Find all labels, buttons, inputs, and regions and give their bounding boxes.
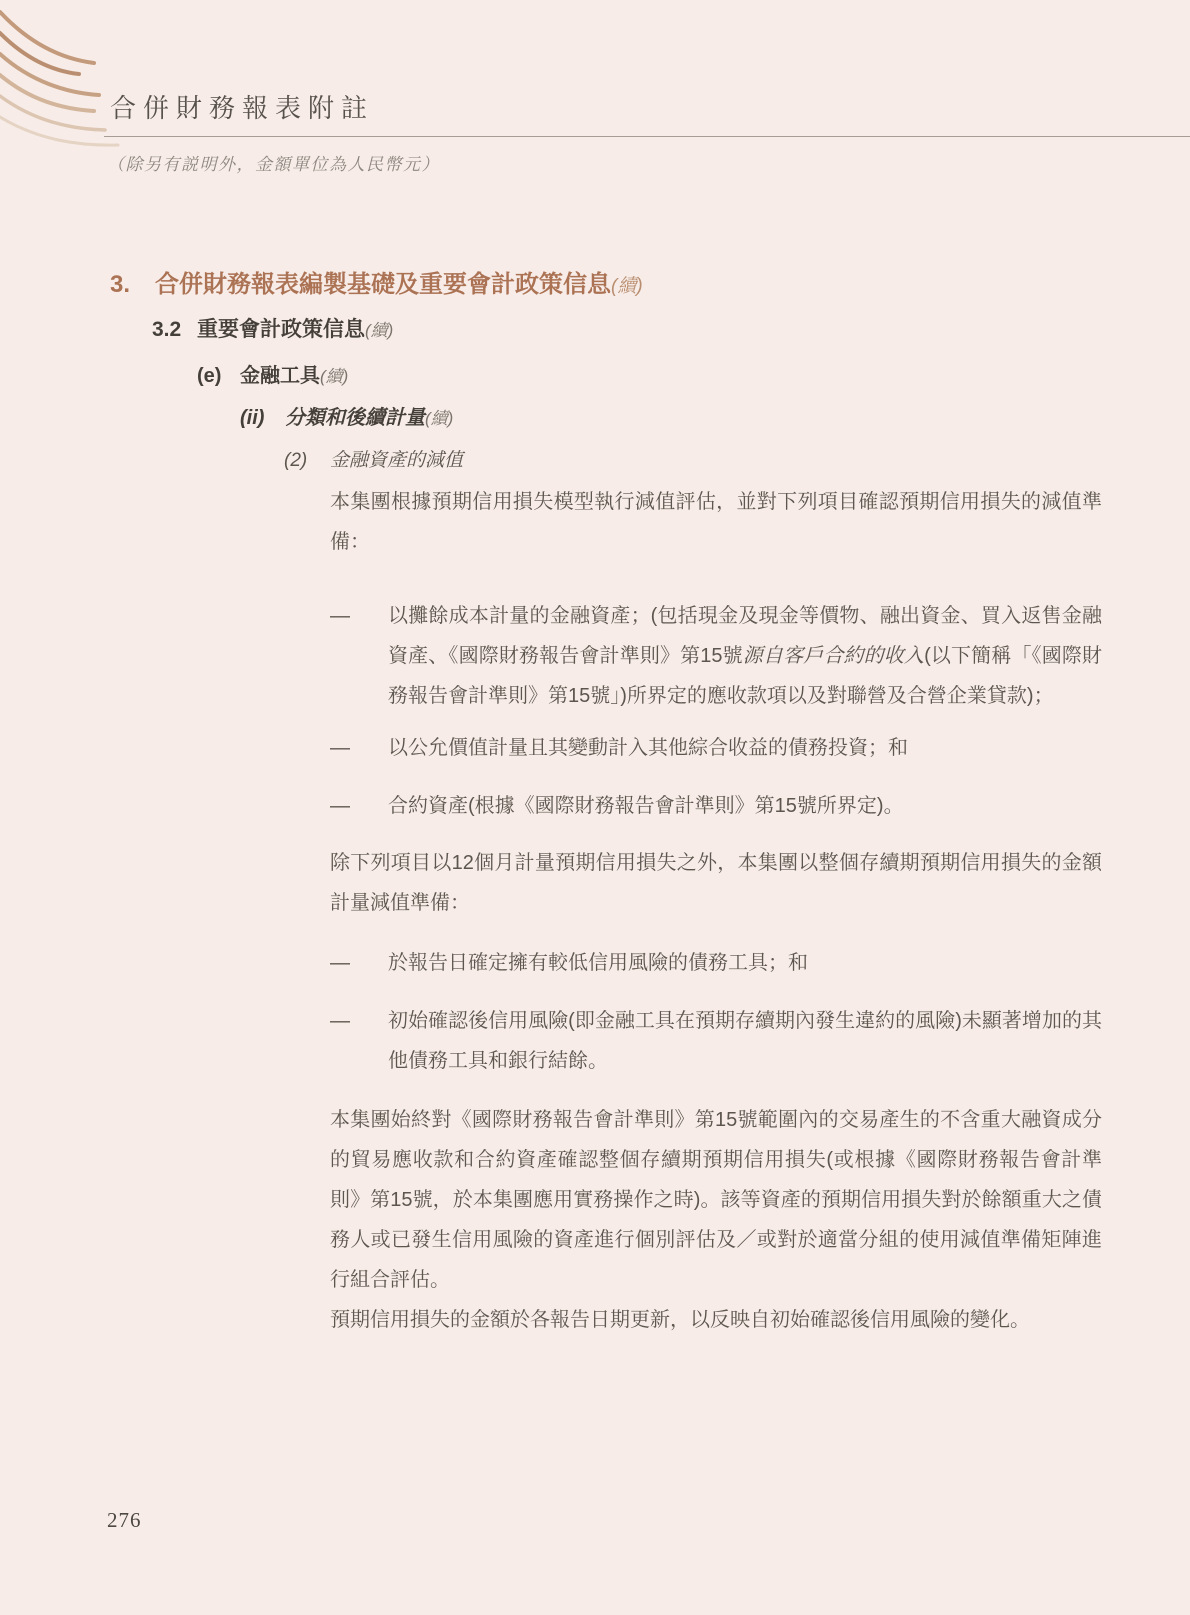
currency-note: （除另有説明外，金額單位為人民幣元） bbox=[107, 150, 440, 175]
section-heading-3: 3. 合併財務報表編製基礎及重要會計政策信息 (續) bbox=[110, 264, 643, 299]
paragraph: 本集團始終對《國際財務報告會計準則》第15號範圍內的交易產生的不含重大融資成分的… bbox=[330, 1100, 1102, 1300]
item-heading-2: (2) 金融資產的減值 bbox=[284, 445, 463, 472]
list-item-text: 以公允價值計量且其變動計入其他綜合收益的債務投資；和 bbox=[388, 728, 1102, 768]
list-item-text: 初始確認後信用風險(即金融工具在預期存續期內發生違約的風險)未顯著增加的其他債務… bbox=[388, 1001, 1102, 1081]
bullet-dash: — bbox=[330, 596, 388, 716]
list-item: — 以公允價值計量且其變動計入其他綜合收益的債務投資；和 bbox=[330, 728, 1102, 768]
continued-marker: (續) bbox=[611, 271, 643, 298]
section-title: 合併財務報表編製基礎及重要會計政策信息 bbox=[155, 264, 611, 299]
continued-marker: (續) bbox=[365, 316, 393, 341]
page-number: 276 bbox=[107, 1508, 142, 1533]
document-page: 合併財務報表附註 （除另有説明外，金額單位為人民幣元） 3. 合併財務報表編製基… bbox=[0, 0, 1190, 1615]
bullet-dash: — bbox=[330, 786, 388, 826]
item-heading-e: (e) 金融工具 (續) bbox=[197, 359, 348, 388]
list-item-text: 合約資產(根據《國際財務報告會計準則》第15號所界定)。 bbox=[388, 786, 1102, 826]
item-title: 金融工具 bbox=[240, 359, 320, 388]
list-item: — 於報告日確定擁有較低信用風險的債務工具；和 bbox=[330, 943, 1102, 983]
bullet-dash: — bbox=[330, 943, 388, 983]
subsection-title: 重要會計政策信息 bbox=[197, 313, 365, 343]
continued-marker: (續) bbox=[425, 404, 453, 429]
paragraph: 本集團根據預期信用損失模型執行減值評估，並對下列項目確認預期信用損失的減值準備： bbox=[330, 482, 1102, 562]
continued-marker: (續) bbox=[320, 362, 348, 387]
list-item: — 初始確認後信用風險(即金融工具在預期存續期內發生違約的風險)未顯著增加的其他… bbox=[330, 1001, 1102, 1081]
item-number: (2) bbox=[284, 450, 330, 472]
bullet-dash: — bbox=[330, 1001, 388, 1081]
list-item-text: 以攤餘成本計量的金融資產；(包括現金及現金等價物、融出資金、買入返售金融資產、《… bbox=[388, 596, 1102, 716]
list-item: — 以攤餘成本計量的金融資產；(包括現金及現金等價物、融出資金、買入返售金融資產… bbox=[330, 596, 1102, 716]
header-divider bbox=[104, 136, 1190, 137]
subsection-heading-3-2: 3.2 重要會計政策信息 (續) bbox=[152, 313, 393, 343]
body-content: 本集團根據預期信用損失模型執行減值評估，並對下列項目確認預期信用損失的減值準備：… bbox=[330, 482, 1102, 1340]
list-item-text: 於報告日確定擁有較低信用風險的債務工具；和 bbox=[388, 943, 1102, 983]
page-title: 合併財務報表附註 bbox=[110, 88, 374, 125]
item-number: (e) bbox=[197, 365, 240, 388]
item-heading-ii: (ii) 分類和後續計量 (續) bbox=[240, 401, 453, 430]
section-number: 3. bbox=[110, 271, 155, 299]
item-number: (ii) bbox=[240, 407, 285, 430]
item-title: 分類和後續計量 bbox=[285, 401, 425, 430]
paragraph: 除下列項目以12個月計量預期信用損失之外，本集團以整個存續期預期信用損失的金額計… bbox=[330, 843, 1102, 923]
subsection-number: 3.2 bbox=[152, 318, 197, 342]
list-item: — 合約資產(根據《國際財務報告會計準則》第15號所界定)。 bbox=[330, 786, 1102, 826]
paragraph: 預期信用損失的金額於各報告日期更新，以反映自初始確認後信用風險的變化。 bbox=[330, 1300, 1102, 1340]
item-title: 金融資產的減值 bbox=[330, 445, 463, 472]
bullet-dash: — bbox=[330, 728, 388, 768]
